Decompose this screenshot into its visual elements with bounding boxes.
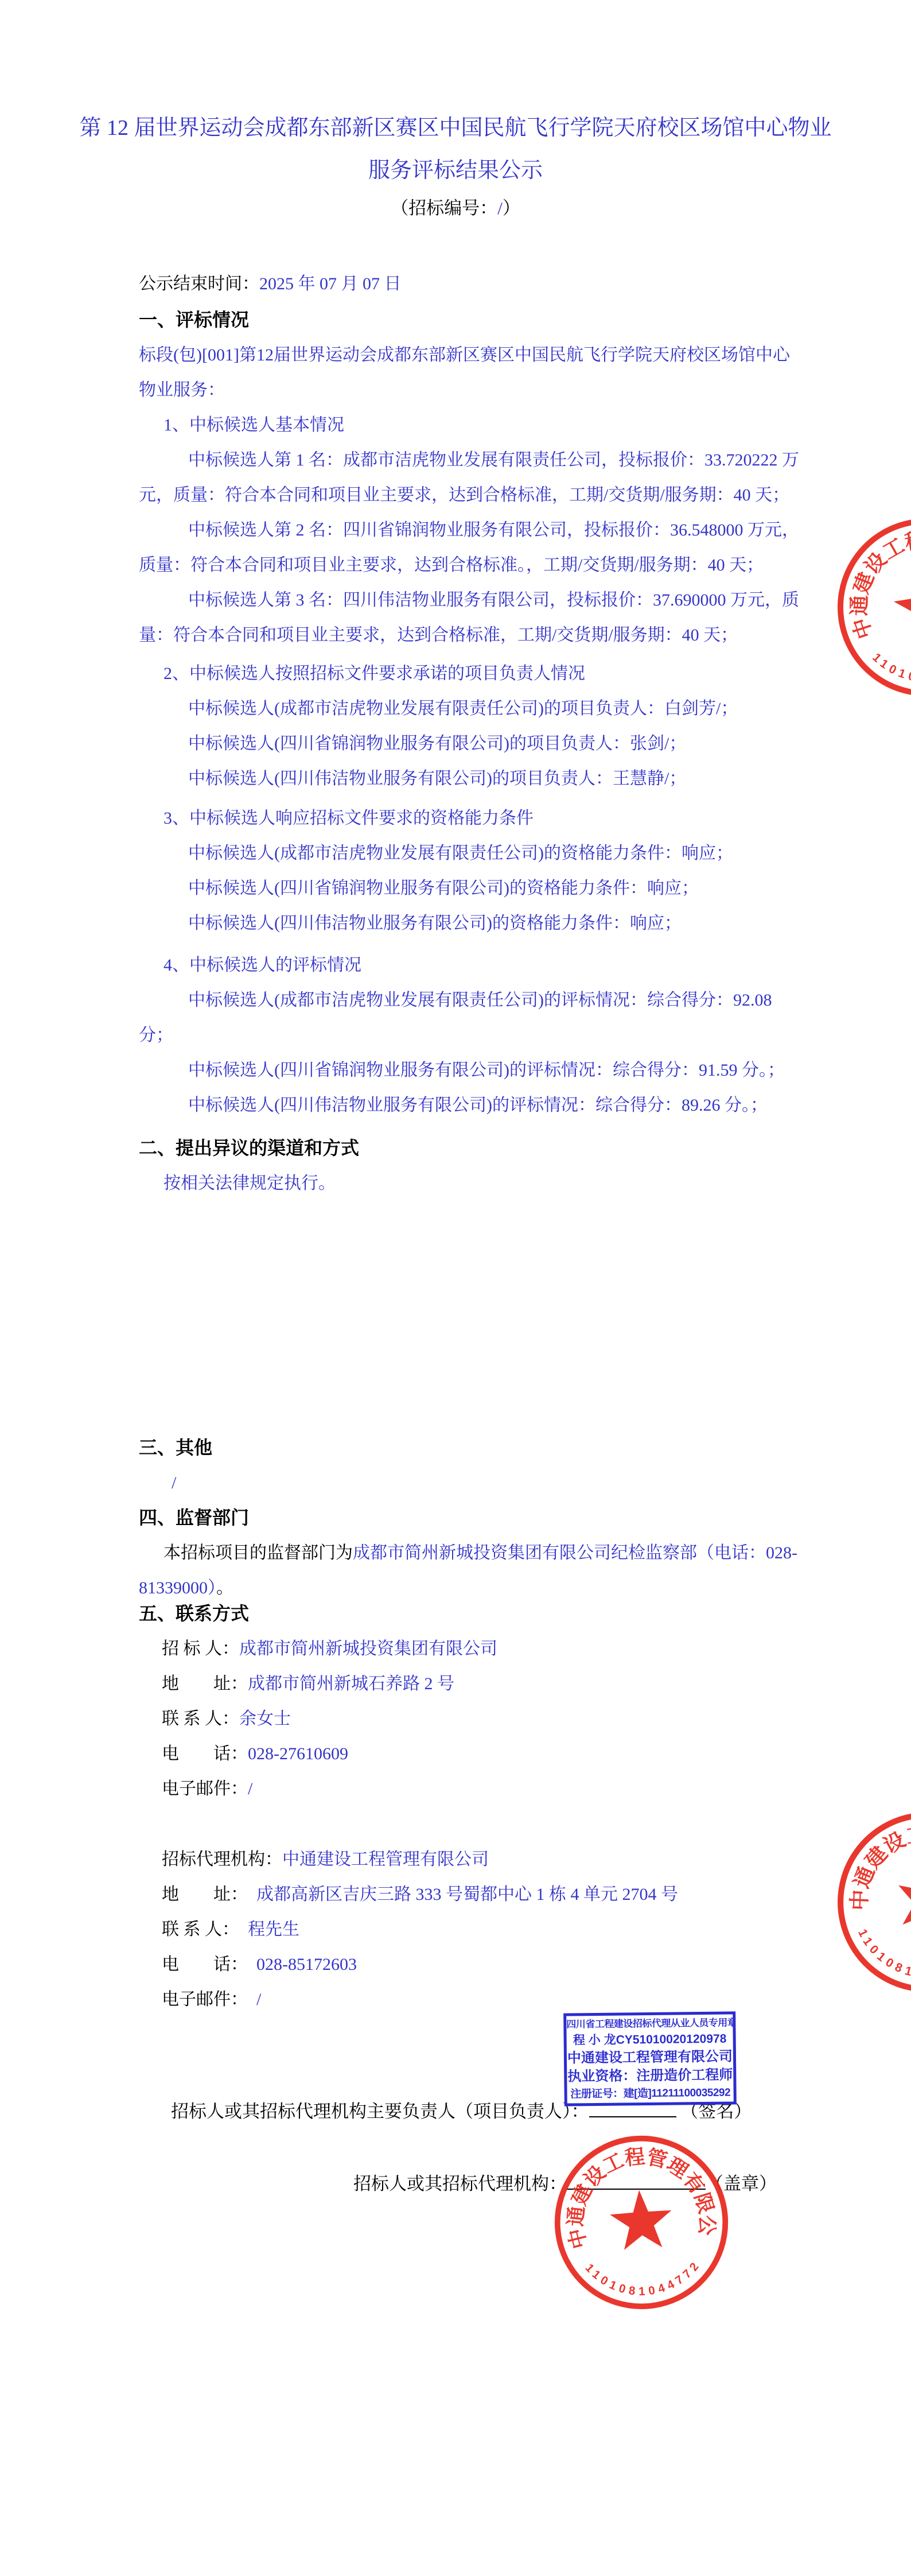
agency-address-value: 成都高新区吉庆三路 333 号蜀都中心 1 栋 4 单元 2704 号: [256, 1885, 678, 1904]
monitor-body-prefix: 本招标项目的监督部门为: [163, 1543, 353, 1562]
seal-star-icon: [890, 570, 911, 638]
section-3-body: /: [139, 1465, 800, 1500]
evaluation-score-paragraph: 中标候选人(成都市洁虎物业发展有限责任公司)的评标情况：综合得分：92.08 分…: [139, 983, 800, 1053]
tenderer-email-label: 电子邮件：: [162, 1779, 248, 1798]
tenderer-address-value: 成都市简州新城石养路 2 号: [248, 1674, 454, 1693]
signature-line-2-label: 招标人或其招标代理机构：: [353, 2174, 567, 2194]
project-manager-paragraph: 中标候选人(四川省锦润物业服务有限公司)的项目负责人：张剑/；: [139, 726, 800, 761]
section-5-heading: 五、联系方式: [139, 1596, 800, 1631]
credential-stamp-line: 程 小 龙CY51010020120978: [567, 2030, 733, 2049]
red-company-seal-top: 中通建设工程管理有限公司 1101081044772: [835, 515, 911, 699]
section-3-heading: 三、其他: [139, 1430, 800, 1465]
bid-number-prefix: （招标编号：: [391, 198, 497, 218]
seal-star-icon: [890, 1863, 911, 1935]
candidate-basic-paragraph: 中标候选人第 1 名：成都市洁虎物业发展有限责任公司，投标报价：33.72022…: [139, 443, 800, 513]
tenderer-phone-value: 028-27610609: [248, 1744, 348, 1763]
agency-address-row: 地 址： 成都高新区吉庆三路 333 号蜀都中心 1 栋 4 单元 2704 号: [139, 1877, 800, 1912]
section-2-heading: 二、提出异议的渠道和方式: [139, 1131, 800, 1166]
monitor-body-suffix: 。: [216, 1578, 233, 1597]
agency-address-label: 地 址：: [162, 1885, 256, 1904]
credential-stamp-line: 中通建设工程管理有限公司: [567, 2047, 733, 2067]
tenderer-name-label: 招 标 人：: [162, 1639, 239, 1658]
credential-stamp-line: 注册证号：建[造]11211100035292: [567, 2084, 733, 2103]
qualification-paragraph: 中标候选人(四川省锦润物业服务有限公司)的资格能力条件：响应；: [139, 871, 800, 906]
document-title-line-2: 服务评标结果公示: [0, 149, 911, 192]
agency-phone-value: 028-85172603: [256, 1955, 357, 1974]
qualification-paragraph: 中标候选人(四川伟洁物业服务有限公司)的资格能力条件：响应；: [139, 906, 800, 941]
tenderer-contact-label: 联 系 人：: [162, 1709, 239, 1728]
document-body: 公示结束时间：2025 年 07 月 07 日 一、评标情况 标段(包)[001…: [139, 266, 800, 2017]
tenderer-email-row: 电子邮件：/: [139, 1771, 800, 1806]
agency-name-value: 中通建设工程管理有限公司: [282, 1850, 489, 1869]
section-4-heading: 四、监督部门: [139, 1500, 800, 1535]
blue-credential-stamp: 四川省工程建设招标代理从业人员专用章 程 小 龙CY51010020120978…: [563, 2011, 737, 2106]
candidate-basic-paragraph: 中标候选人第 3 名：四川伟洁物业服务有限公司，投标报价：37.690000 万…: [139, 583, 800, 653]
agency-name-label: 招标代理机构：: [162, 1850, 282, 1869]
credential-stamp-line: 执业资格：注册造价工程师: [567, 2066, 733, 2086]
publicity-deadline-value: 2025 年 07 月 07 日: [259, 274, 402, 293]
sub-1-title: 1、中标候选人基本情况: [139, 408, 800, 443]
red-company-seal-middle: 中通建设工程管理有限公司 1101081044772: [835, 1809, 911, 1995]
agency-contact-value: 程先生: [248, 1920, 299, 1939]
agency-contact-row: 联 系 人： 程先生: [139, 1912, 800, 1947]
tenderer-contact-value: 余女士: [239, 1709, 291, 1728]
section-4-body: 本招标项目的监督部门为成都市简州新城投资集团有限公司纪检监察部（电话：028-8…: [139, 1535, 800, 1605]
evaluation-score-paragraph: 中标候选人(四川省锦润物业服务有限公司)的评标情况：综合得分：91.59 分。；: [139, 1053, 800, 1088]
red-company-seal-bottom: 中通建设工程管理有限公司 1101081044772: [552, 2133, 731, 2312]
sub-3-title: 3、中标候选人响应招标文件要求的资格能力条件: [139, 801, 800, 836]
tenderer-name-value: 成都市简州新城投资集团有限公司: [239, 1639, 497, 1658]
agency-email-label: 电子邮件：: [162, 1990, 256, 2009]
tenderer-contact-row: 联 系 人：余女士: [139, 1701, 800, 1736]
agency-contact-label: 联 系 人：: [162, 1920, 248, 1939]
signature-line-1-label: 招标人或其招标代理机构主要负责人（项目负责人）：: [171, 2101, 589, 2121]
bid-number-suffix: ）: [503, 198, 520, 218]
tenderer-name-row: 招 标 人：成都市简州新城投资集团有限公司: [139, 1631, 800, 1666]
sub-4-title: 4、中标候选人的评标情况: [139, 948, 800, 983]
document-title-block: 第 12 届世界运动会成都东部新区赛区中国民航飞行学院天府校区场馆中心物业 服务…: [0, 107, 911, 224]
tenderer-address-label: 地 址：: [162, 1674, 248, 1693]
evaluation-score-paragraph: 中标候选人(四川伟洁物业服务有限公司)的评标情况：综合得分：89.26 分。；: [139, 1088, 800, 1123]
publicity-deadline: 公示结束时间：2025 年 07 月 07 日: [139, 266, 800, 301]
project-manager-paragraph: 中标候选人(成都市洁虎物业发展有限责任公司)的项目负责人：白剑芳/；: [139, 691, 800, 726]
tenderer-phone-label: 电 话：: [162, 1744, 248, 1763]
agency-phone-label: 电 话：: [162, 1955, 256, 1974]
credential-stamp-line: 四川省工程建设招标代理从业人员专用章: [566, 2015, 733, 2032]
document-page: 第 12 届世界运动会成都东部新区赛区中国民航飞行学院天府校区场馆中心物业 服务…: [0, 0, 911, 2576]
project-manager-paragraph: 中标候选人(四川伟洁物业服务有限公司)的项目负责人：王慧静/；: [139, 761, 800, 796]
tenderer-address-row: 地 址：成都市简州新城石养路 2 号: [139, 1666, 800, 1701]
bid-number-value: /: [497, 198, 503, 218]
sub-2-title: 2、中标候选人按照招标文件要求承诺的项目负责人情况: [139, 656, 800, 691]
agency-phone-row: 电 话： 028-85172603: [139, 1947, 800, 1982]
candidate-basic-paragraph: 中标候选人第 2 名：四川省锦润物业服务有限公司，投标报价：36.548000 …: [139, 513, 800, 583]
section-1-heading: 一、评标情况: [139, 302, 800, 337]
qualification-paragraph: 中标候选人(成都市洁虎物业发展有限责任公司)的资格能力条件：响应；: [139, 836, 800, 871]
agency-email-value: /: [256, 1990, 261, 2009]
tenderer-phone-row: 电 话：028-27610609: [139, 1736, 800, 1771]
document-title-line-1: 第 12 届世界运动会成都东部新区赛区中国民航飞行学院天府校区场馆中心物业: [0, 107, 911, 149]
agency-name-row: 招标代理机构：中通建设工程管理有限公司: [139, 1842, 800, 1877]
publicity-deadline-label: 公示结束时间：: [139, 274, 259, 293]
bid-number-line: （招标编号：/）: [0, 193, 911, 224]
seal-star-icon: [608, 2188, 674, 2251]
tenderer-email-value: /: [248, 1779, 252, 1798]
section-2-body: 按相关法律规定执行。: [139, 1166, 800, 1201]
section-1-intro: 标段(包)[001]第12届世界运动会成都东部新区赛区中国民航飞行学院天府校区场…: [139, 337, 800, 408]
